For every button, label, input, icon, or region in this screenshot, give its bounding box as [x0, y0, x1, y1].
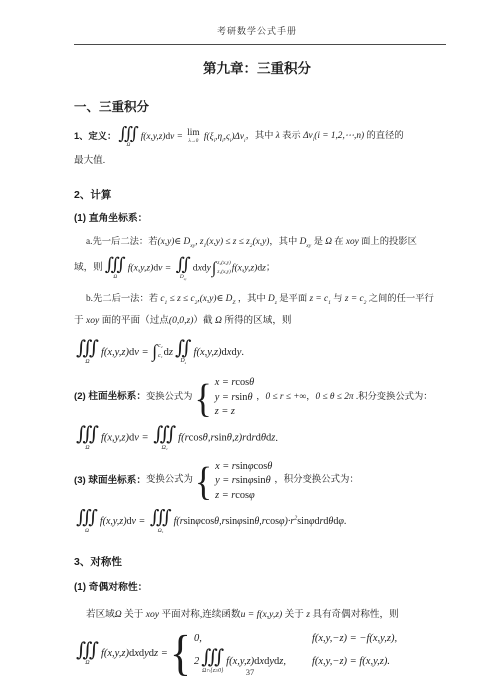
rect-coord-heading: (1) 直角坐标系：	[74, 210, 440, 229]
cylindrical-post: ，0 ≤ r ≤ +∞，0 ≤ θ ≤ 2π .积分变换公式为：	[256, 389, 432, 407]
document-page: 考研数学公式手册 第九章：三重积分 一、三重积分 1、定义： ∭Ωf(x,y,z…	[0, 0, 500, 699]
definition-label: 1、定义：	[74, 128, 116, 146]
cylindrical-row: (2) 柱面坐标系： 变换公式为 { x = rcosθ y = rsinθ z…	[74, 376, 440, 420]
running-header-title: 考研数学公式手册	[74, 24, 440, 37]
running-header: 考研数学公式手册	[74, 24, 440, 45]
case-row-odd: 0, f(x,y,−z) = −f(x,y,z),	[194, 633, 397, 644]
cylindrical-formula: ∭Ωf(x,y,z)dv = ∭Ω₁f(rcosθ,rsinθ,z)rdrdθd…	[74, 425, 440, 451]
spherical-row: (3) 球面坐标系： 变换公式为 { x = rsinφcosθ y = rsi…	[74, 460, 440, 504]
definition-continuation: 最大值.	[74, 152, 440, 170]
case-condition-odd: f(x,y,−z) = −f(x,y,z),	[312, 633, 397, 644]
method-a-line1: a.先一后二法：若(x,y)∈ Dxy, z1(x,y) ≤ z ≤ z2(x,…	[74, 234, 440, 252]
spherical-eq-z: z = rcosφ	[215, 489, 255, 503]
method-b-line2: 于 xoy 面的平面（过点(0,0,z)）截 Ω 所得的区域，则	[74, 312, 440, 330]
cylindrical-pre: 变换公式为	[146, 389, 193, 407]
symmetry-text: 若区域Ω 关于 xoy 平面对称,连续函数u = f(x,y,z) 关于 z 具…	[74, 606, 440, 624]
calculation-heading: 2、计算	[74, 187, 440, 202]
definition-tail: ，其中 λ 表示 Δvi(i = 1,2,⋯,n) 的直径的	[246, 128, 404, 146]
spherical-eq-y: y = rsinφsinθ	[215, 474, 271, 488]
cylindrical-eq-y: y = rsinθ	[215, 391, 253, 405]
symmetry-heading: 3、对称性	[74, 554, 440, 569]
page-number: 37	[0, 667, 500, 677]
definition-paragraph: 1、定义： ∭Ωf(x,y,z)dv = limλ→0 f(ξi,ηi,ςi)Δ…	[74, 125, 440, 148]
case-condition-even: f(x,y,−z) = f(x,y,z).	[312, 656, 390, 667]
case-value-odd: 0,	[194, 633, 312, 644]
spherical-post: ，积分变换公式为：	[274, 472, 358, 490]
cylindrical-equation-system: { x = rcosθ y = rsinθ z = z	[194, 376, 254, 420]
spherical-label: (3) 球面坐标系：	[74, 472, 146, 490]
left-brace: {	[194, 377, 211, 417]
method-b-line1: b.先二后一法：若 c1 ≤ z ≤ c2,(x,y)∈ DZ ，其中 Dz 是…	[74, 291, 440, 309]
symmetry-formula-lhs: ∭Ωf(x,y,z)dxdydz =	[74, 641, 168, 667]
definition-formula: ∭Ωf(x,y,z)dv = limλ→0 f(ξi,ηi,ςi)Δvi	[116, 125, 245, 148]
method-a-formula-line: 域，则 ∭Ωf(x,y,z)dv = ∬Dxydxdy∫z₂(x,y)z₁(x,…	[74, 256, 440, 281]
cylindrical-label: (2) 柱面坐标系：	[74, 388, 146, 406]
spherical-equation-system: { x = rsinφcosθ y = rsinφsinθ z = rcosφ	[195, 460, 273, 504]
spherical-eq-x: x = rsinφcosθ	[215, 460, 272, 474]
odd-even-heading: (1) 奇偶对称性：	[74, 579, 440, 598]
cylindrical-eq-x: x = rcosθ	[215, 376, 254, 390]
header-rule	[74, 44, 446, 45]
cylindrical-eq-z: z = z	[215, 405, 235, 419]
spherical-pre: 变换公式为	[146, 472, 193, 490]
spherical-formula: ∭Ωf(x,y,z)dv = ∭Ω₁f(rsinφcosθ,rsinφsinθ,…	[74, 509, 440, 534]
section-heading-triple-integral: 一、三重积分	[74, 97, 440, 115]
left-brace: {	[195, 461, 212, 501]
method-b-formula: ∭Ωf(x,y,z)dv = ∫c₂c₁dz∬Dzf(x,y,z)dxdy .	[74, 339, 440, 366]
chapter-title: 第九章：三重积分	[74, 57, 440, 77]
